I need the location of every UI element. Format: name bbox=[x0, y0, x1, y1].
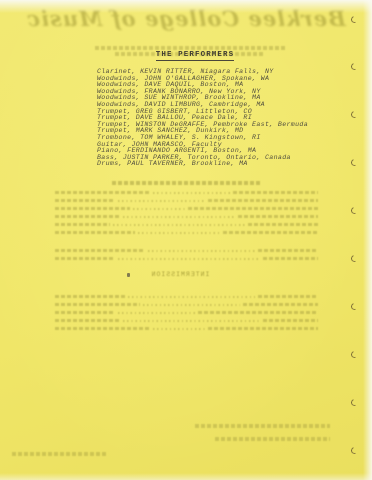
bleed-through-footer-line bbox=[12, 452, 107, 456]
bleed-through-footnote-line bbox=[195, 424, 330, 428]
binding-hole-mark bbox=[350, 398, 359, 407]
bleed-through-footnote-line bbox=[215, 437, 330, 441]
scan-edge-top bbox=[0, 0, 372, 13]
binding-hole-mark bbox=[350, 206, 359, 215]
bleed-through-program-row bbox=[55, 222, 318, 226]
bleed-through-intermission: INTERMISSION bbox=[130, 271, 230, 278]
scanned-program-page: Berklee College of Music INTERMISSION TH… bbox=[0, 0, 372, 480]
binding-hole-mark bbox=[350, 62, 359, 71]
binding-hole-mark bbox=[350, 350, 359, 359]
bleed-through-program-row bbox=[55, 190, 318, 194]
bleed-through-program-row bbox=[55, 318, 318, 322]
bleed-through-program-row bbox=[55, 230, 318, 234]
binding-hole-mark bbox=[350, 110, 359, 119]
bleed-through-program-row bbox=[55, 294, 318, 298]
bleed-through-heading-line bbox=[112, 181, 262, 185]
bleed-through-program-row bbox=[55, 302, 318, 306]
bleed-through-program-row bbox=[55, 326, 318, 330]
page-title: THE PERFORMERS bbox=[0, 51, 372, 59]
scan-edge-bottom bbox=[0, 473, 372, 480]
page-title-text: THE PERFORMERS bbox=[156, 51, 234, 61]
bleed-through-program-row bbox=[55, 214, 318, 218]
binding-hole-mark bbox=[350, 302, 359, 311]
bleed-through-program-row bbox=[55, 256, 318, 260]
bleed-through-line bbox=[95, 46, 285, 50]
bleed-through-program-row bbox=[55, 310, 318, 314]
binding-hole-mark bbox=[350, 254, 359, 263]
performers-list: Clarinet, KEVIN RITTER, Niagara Falls, N… bbox=[97, 69, 308, 168]
stray-asterisk-mark bbox=[127, 273, 130, 277]
binding-hole-mark bbox=[350, 158, 359, 167]
bleed-through-program-row bbox=[55, 248, 318, 252]
binding-hole-mark bbox=[350, 446, 359, 455]
scan-edge-right bbox=[363, 0, 372, 480]
bleed-through-program-row bbox=[55, 206, 318, 210]
performer-line: Drums, PAUL TAVERNER, Brookline, MA bbox=[97, 161, 308, 168]
bleed-through-program-row bbox=[55, 198, 318, 202]
